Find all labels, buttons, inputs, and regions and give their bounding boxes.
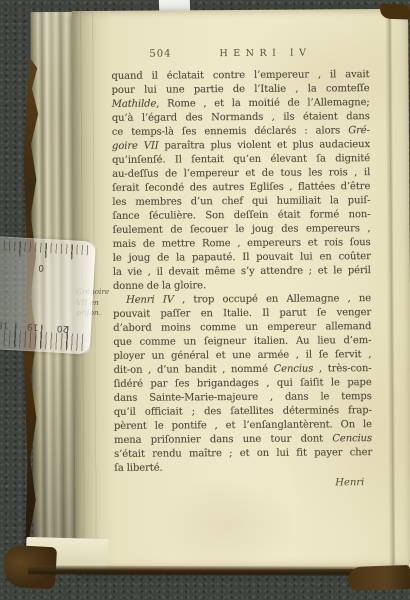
- running-title: HENRI IV: [219, 48, 311, 63]
- text-run: au-deſſus de l’empereur et de tous les r…: [112, 167, 370, 180]
- text-run: mena priſonnier dans une tour dont: [114, 433, 332, 446]
- text-run: goire VII: [112, 141, 159, 152]
- text-run: dit-on , d’un bandit , nommé: [114, 364, 274, 376]
- ruler-label-18: 18: [0, 319, 9, 330]
- page-right-crease: [385, 9, 396, 569]
- running-header: 504 HENRI IV: [111, 47, 369, 63]
- text-run: mais de mettre Rome , empereurs et rois …: [113, 237, 371, 250]
- text-run: les membres d’un chef qui humiliait la p…: [112, 195, 370, 208]
- text-run: ce temps-là ſes ennemis déclarés : alors: [112, 125, 348, 138]
- text-run: que comme un ſeigneur italien. Au lieu d…: [113, 335, 371, 348]
- text-run: quand il éclatait contre l’empereur , il…: [111, 69, 369, 82]
- text-run: Henri IV: [126, 294, 174, 305]
- cover-corner-bottom-right: [348, 565, 410, 591]
- text-run: Mathilde: [112, 99, 157, 110]
- ruler-cm-ticks-bottom: [0, 322, 85, 351]
- body-text: quand il éclatait contre l’empereur , il…: [111, 68, 372, 476]
- ruler-label-20: 20: [57, 323, 69, 334]
- body-line: ſa liberté.: [114, 460, 372, 476]
- text-run: qu’il officiait ; des ſatellites détermi…: [114, 405, 372, 418]
- text-run: qu’à l’égard des Normands , ils étaient …: [112, 111, 370, 124]
- text-run: ſeulement de ſecouer le joug des empereu…: [113, 223, 371, 236]
- text-run: s’était rendu maître ; et on lui fit pay…: [114, 447, 372, 460]
- text-run: , Rome , et la moitié de l’Allemagne;: [156, 97, 369, 109]
- text-run: qu’inſenſé. Il ſentait qu’en élevant ſa …: [112, 153, 370, 166]
- text-run: le joug de la papauté. Il pouvait lui en…: [113, 251, 371, 264]
- cover-bottom-edge: [28, 565, 380, 576]
- text-run: ployer un général et une armée , il ſe ſ…: [113, 349, 371, 362]
- text-run: Gré-: [348, 125, 370, 136]
- text-run: Cencius: [274, 364, 314, 375]
- book-page: 504 HENRI IV Grégoire VII en priſon. qua…: [72, 9, 410, 571]
- page-number: 504: [149, 48, 171, 62]
- text-run: ſidéré par ſes brigandages , qui ſaiſit …: [114, 377, 372, 390]
- ruler-label-19: 19: [27, 321, 39, 332]
- text-run: , trop occupé en Allemagne , ne: [174, 293, 371, 305]
- body-line: la vie , il devait même s’y attendre ; e…: [113, 264, 371, 280]
- book-photo: 504 HENRI IV Grégoire VII en priſon. qua…: [0, 0, 410, 600]
- text-run: la vie , il devait même s’y attendre ; e…: [113, 265, 371, 278]
- text-run: paraîtra plus violent et plus audacieux: [159, 139, 370, 151]
- text-run: ſance ſéculière. Son deſſein était formé…: [112, 209, 370, 222]
- text-run: pèrent le pontife , et l’enſanglantèrent…: [114, 419, 372, 432]
- ruler-cm-ticks-top: [0, 240, 90, 260]
- cover-corner-top-right: [380, 3, 410, 19]
- catchword: Henri: [114, 477, 364, 490]
- text-run: dans Sainte-Marie-majeure , dans le temp…: [114, 391, 372, 404]
- transparent-ruler: 0 18 19 20: [0, 236, 96, 355]
- ruler-label-0: 0: [38, 265, 44, 275]
- body-line: s’était rendu maître ; et on lui fit pay…: [114, 446, 372, 462]
- text-run: d’abord moins comme un empereur allemand: [113, 321, 371, 334]
- text-run: ſerait ſecondé des autres Egliſes , flat…: [112, 181, 370, 194]
- text-run: pour lui une partie de l’Italie , la com…: [112, 83, 370, 96]
- text-run: ſa liberté.: [114, 463, 162, 474]
- text-run: , très-con-: [313, 363, 371, 374]
- text-run: pouvait paſſer en Italie. Il parut ſe ve…: [113, 307, 371, 320]
- text-run: donne de la gloire.: [113, 280, 206, 292]
- text-run: Cencius: [332, 433, 372, 444]
